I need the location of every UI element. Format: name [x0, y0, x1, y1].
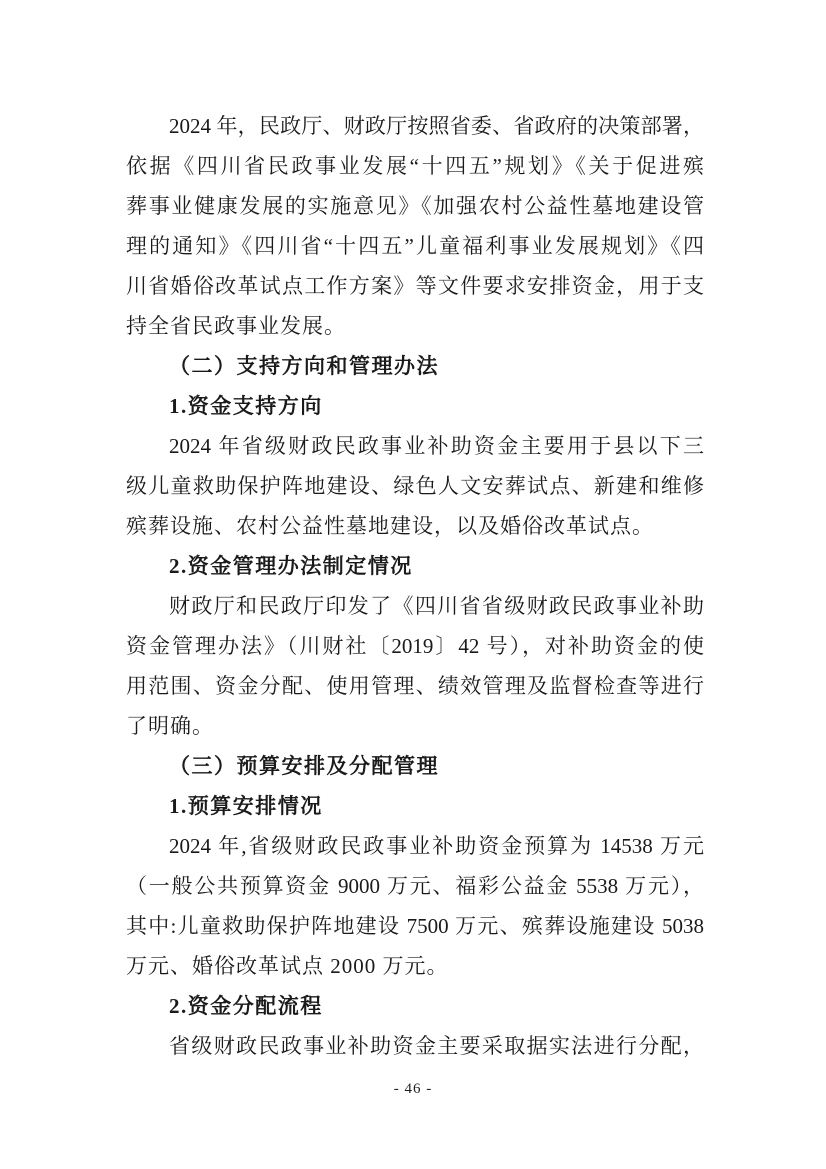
paragraph-line: 葬事业健康发展的实施意见》《加强农村公益性墓地建设管: [126, 186, 704, 226]
subheading-funding-direction: 1.资金支持方向: [126, 386, 704, 426]
document-page: 2024 年，民政厅、财政厅按照省委、省政府的决策部署， 依据《四川省民政事业发…: [0, 0, 826, 1169]
paragraph-line: 省级财政民政事业补助资金主要采取据实法进行分配，: [126, 1026, 704, 1066]
paragraph-line: （一般公共预算资金 9000 万元、福彩公益金 5538 万元），: [126, 866, 704, 906]
subheading-budget-arrangement: 1.预算安排情况: [126, 786, 704, 826]
paragraph-line: 2024 年，民政厅、财政厅按照省委、省政府的决策部署，: [126, 106, 704, 146]
paragraph-line: 川省婚俗改革试点工作方案》等文件要求安排资金，用于支: [126, 266, 704, 306]
paragraph-line: 了明确。: [126, 706, 704, 746]
page-number: - 46 -: [0, 1081, 826, 1098]
subheading-management-measures: 2.资金管理办法制定情况: [126, 546, 704, 586]
document-body: 2024 年，民政厅、财政厅按照省委、省政府的决策部署， 依据《四川省民政事业发…: [126, 106, 704, 1066]
paragraph-line: 其中:儿童救助保护阵地建设 7500 万元、殡葬设施建设 5038: [126, 906, 704, 946]
paragraph-line: 殡葬设施、农村公益性墓地建设，以及婚俗改革试点。: [126, 506, 704, 546]
paragraph-line: 用范围、资金分配、使用管理、绩效管理及监督检查等进行: [126, 666, 704, 706]
paragraph-line: 万元、婚俗改革试点 2000 万元。: [126, 946, 704, 986]
paragraph-line: 依据《四川省民政事业发展“十四五”规划》《关于促进殡: [126, 146, 704, 186]
paragraph-line: 持全省民政事业发展。: [126, 306, 704, 346]
paragraph-line: 2024 年,省级财政民政事业补助资金预算为 14538 万元: [126, 826, 704, 866]
subheading-allocation-process: 2.资金分配流程: [126, 986, 704, 1026]
paragraph-line: 财政厅和民政厅印发了《四川省省级财政民政事业补助: [126, 586, 704, 626]
section-heading-budget-allocation: （三）预算安排及分配管理: [126, 746, 704, 786]
paragraph-line: 理的通知》《四川省“十四五”儿童福利事业发展规划》《四: [126, 226, 704, 266]
paragraph-line: 2024 年省级财政民政事业补助资金主要用于县以下三: [126, 426, 704, 466]
paragraph-line: 资金管理办法》（川财社〔2019〕42 号），对补助资金的使: [126, 626, 704, 666]
paragraph-line: 级儿童救助保护阵地建设、绿色人文安葬试点、新建和维修: [126, 466, 704, 506]
section-heading-support-direction: （二）支持方向和管理办法: [126, 346, 704, 386]
